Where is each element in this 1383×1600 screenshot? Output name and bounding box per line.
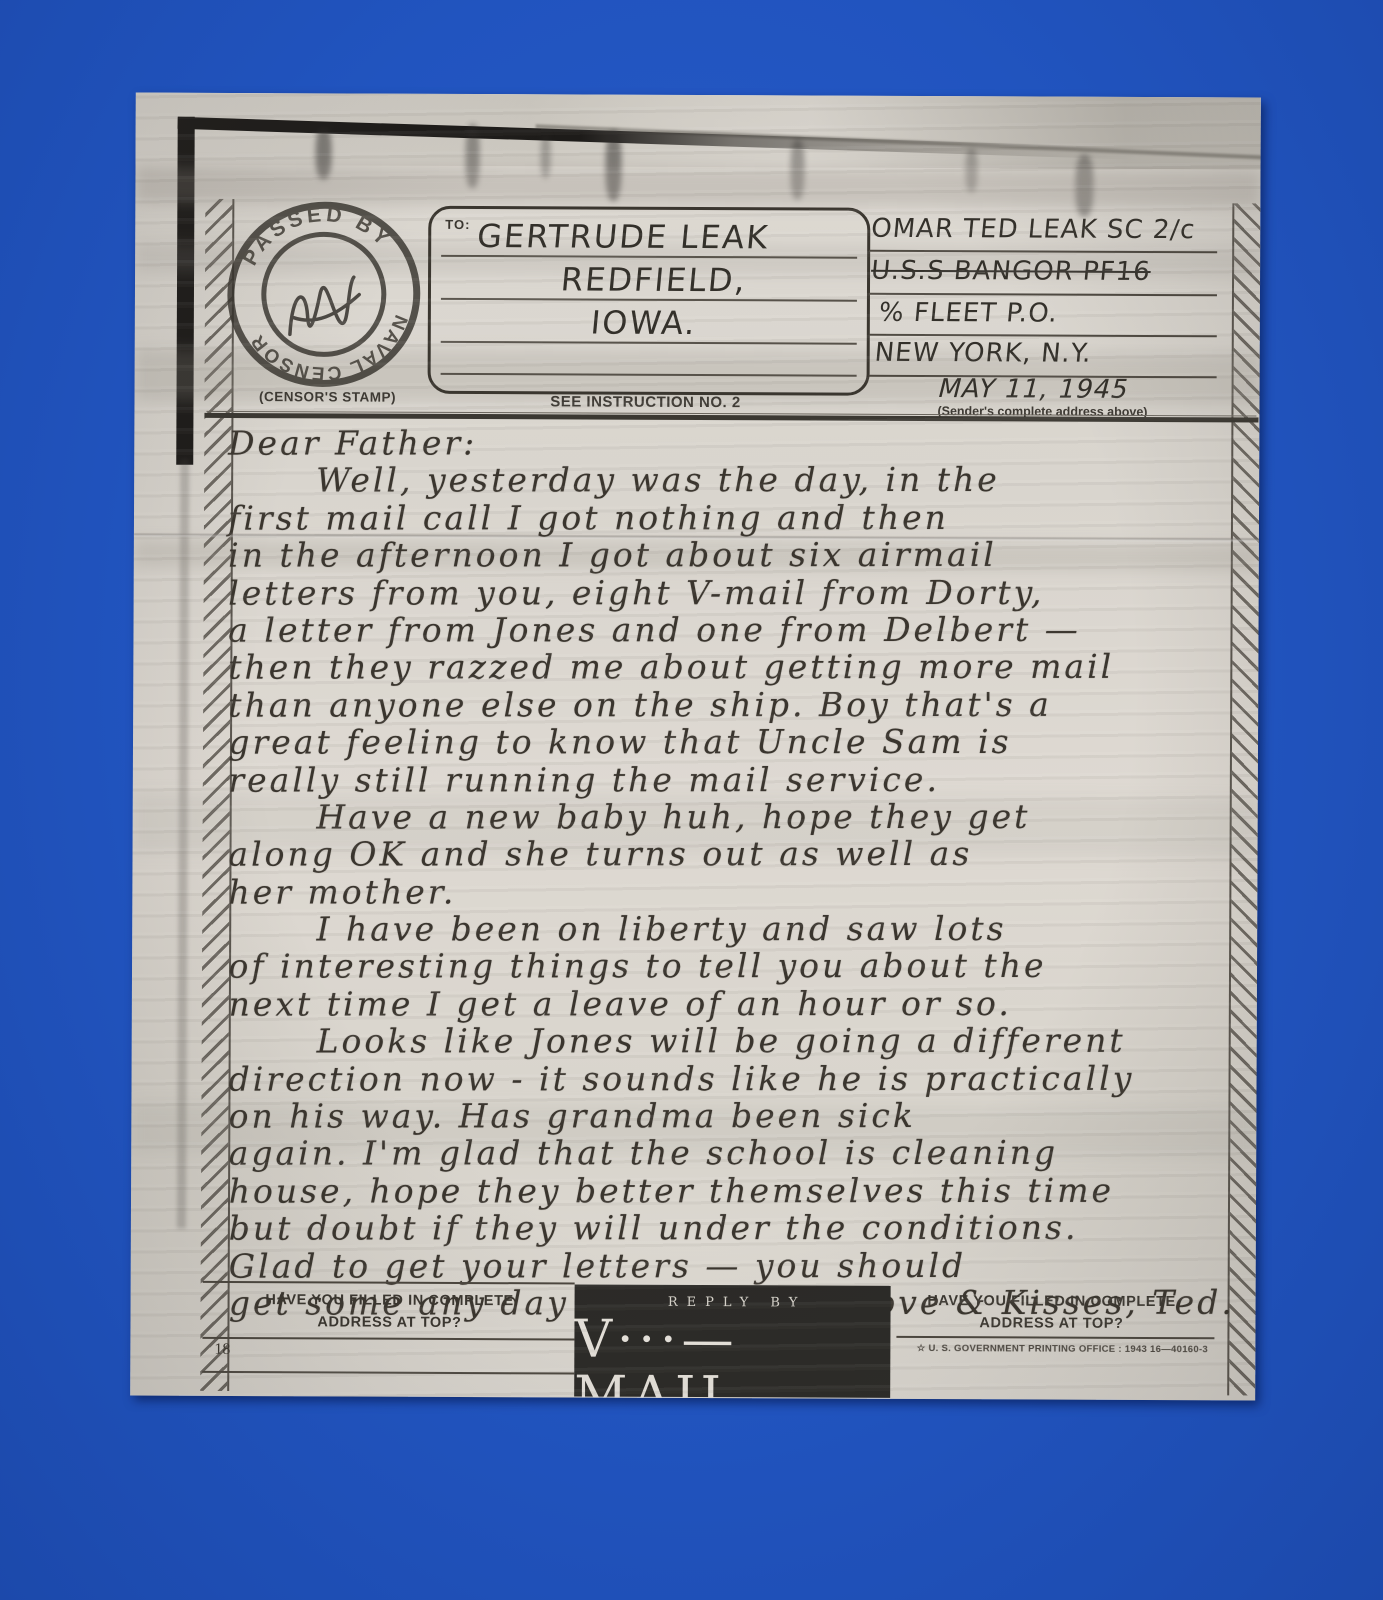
- sender-line: % FLEET P.O.: [878, 298, 1060, 329]
- warning-line: ADDRESS AT TOP?: [886, 1312, 1216, 1335]
- letter-line: her mother.: [228, 873, 1240, 911]
- warning-line: HAVE YOU FILLED IN COMPLETE: [225, 1289, 555, 1312]
- photo-frame-left-fade: [177, 459, 189, 1229]
- sender-address-block: OMAR TED LEAK SC 2/c U.S.S BANGOR PF16 %…: [868, 208, 1217, 425]
- letter-line: first mail call I got nothing and then: [228, 500, 1240, 538]
- footer-warning-left: HAVE YOU FILLED IN COMPLETE ADDRESS AT T…: [224, 1289, 554, 1334]
- naval-censor-stamp-icon: PASSED BY NAVAL CENSOR: [204, 178, 444, 413]
- address-rule: [441, 373, 857, 377]
- screenshot-canvas: PASSED BY NAVAL CENSOR (CENSOR'S STAMP) …: [0, 0, 1383, 1600]
- footer-rule: [202, 1371, 574, 1375]
- to-address-box: TO: GERTRUDE LEAK REDFIELD, IOWA.: [428, 206, 871, 396]
- letter-line: but doubt if they will under the conditi…: [229, 1210, 1241, 1248]
- to-line: REDFIELD,: [559, 260, 748, 299]
- letter-body: Dear Father: Well, yesterday was the day…: [228, 425, 1241, 1323]
- letter-line: I have been on liberty and saw lots: [228, 911, 1240, 949]
- letter-line: of interesting things to tell you about …: [229, 948, 1241, 986]
- letter-line: really still running the mail service.: [228, 761, 1240, 799]
- to-line: GERTRUDE LEAK: [475, 217, 771, 256]
- footer-rule: [896, 1336, 1214, 1339]
- letter-line: then they razzed me about getting more m…: [228, 649, 1240, 687]
- letter-line: great feeling to know that Uncle Sam is: [228, 724, 1240, 762]
- page-number: 18: [214, 1341, 230, 1359]
- vmail-wordmark: V···—MAIL: [574, 1311, 890, 1400]
- address-rule: [869, 334, 1217, 338]
- censor-signature-squiggle: [283, 277, 363, 335]
- letter-line: Glad to get your letters — you should: [229, 1247, 1241, 1285]
- smudge-mark: [465, 124, 479, 188]
- sender-line: NEW YORK, N.Y.: [873, 338, 1093, 369]
- warning-line: ADDRESS AT TOP?: [224, 1311, 554, 1334]
- letter-line: Well, yesterday was the day, in the: [228, 462, 1240, 500]
- letter-line: Have a new baby huh, hope they get: [228, 799, 1240, 837]
- see-instruction-note: SEE INSTRUCTION NO. 2: [427, 393, 863, 412]
- letter-line: on his way. Has grandma been sick: [229, 1098, 1241, 1136]
- address-rule: [869, 293, 1217, 297]
- vmail-letter-photo: PASSED BY NAVAL CENSOR (CENSOR'S STAMP) …: [130, 93, 1261, 1401]
- letter-line: than anyone else on the ship. Boy that's…: [228, 686, 1240, 724]
- footer-rule: [202, 1337, 574, 1341]
- address-rule: [869, 250, 1217, 254]
- smudge-mark: [790, 139, 804, 199]
- to-line: IOWA.: [589, 304, 699, 342]
- reply-by-vmail-box: REPLY BY V···—MAIL: [574, 1284, 890, 1397]
- reply-by-label: REPLY BY: [659, 1295, 807, 1311]
- sender-line: OMAR TED LEAK SC 2/c: [870, 214, 1197, 245]
- smudge-mark: [965, 148, 977, 192]
- letter-line: direction now - it sounds like he is pra…: [229, 1060, 1241, 1098]
- censor-stamp-caption: (CENSOR'S STAMP): [212, 389, 442, 405]
- letter-line: a letter from Jones and one from Delbert…: [228, 612, 1240, 650]
- warning-line: HAVE YOU FILLED IN COMPLETE: [887, 1290, 1217, 1313]
- printing-office-fine-print: ☆ U. S. GOVERNMENT PRINTING OFFICE : 194…: [882, 1343, 1242, 1356]
- letter-line: Dear Father:: [228, 425, 1240, 463]
- letter-line: again. I'm glad that the school is clean…: [229, 1135, 1241, 1173]
- letter-line: Looks like Jones will be going a differe…: [229, 1023, 1241, 1061]
- smudge-mark: [605, 131, 621, 201]
- photo-frame-left-edge: [176, 117, 195, 465]
- letter-line: along OK and she turns out as well as: [228, 836, 1240, 874]
- smudge-mark: [1075, 155, 1093, 217]
- letter-line: next time I get a leave of an hour or so…: [229, 986, 1241, 1024]
- sender-line: U.S.S BANGOR PF16: [870, 256, 1152, 287]
- footer-warning-right: HAVE YOU FILLED IN COMPLETE ADDRESS AT T…: [886, 1290, 1216, 1335]
- letter-line: house, hope they better themselves this …: [229, 1173, 1241, 1211]
- letter-line: letters from you, eight V-mail from Dort…: [228, 574, 1240, 612]
- smudge-mark: [540, 132, 550, 178]
- to-label: TO:: [445, 217, 470, 232]
- smudge-mark: [315, 127, 331, 179]
- sender-date-line: MAY 11, 1945: [935, 374, 1133, 405]
- letter-line: in the afternoon I got about six airmail: [228, 537, 1240, 575]
